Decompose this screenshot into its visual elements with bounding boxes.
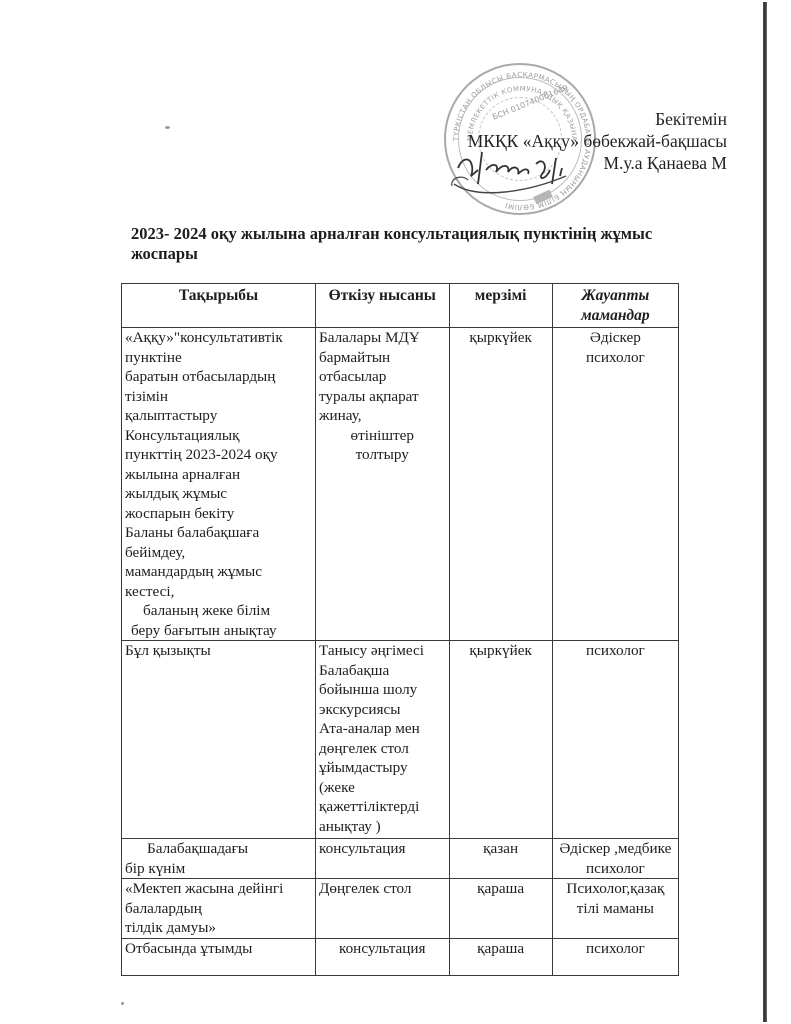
cell-term: қазан xyxy=(449,839,552,879)
cell-topic: Бұл қызықты xyxy=(122,641,316,839)
table-row: Бұл қызықты Танысу әңгімесі Балабақша бо… xyxy=(122,641,679,839)
form-line: толтыру xyxy=(319,445,446,465)
topic-line: тілдік дамуы» xyxy=(125,918,312,938)
table-row: «Мектеп жасына дейінгі балалардың тілдік… xyxy=(122,879,679,939)
responsible-line: Әдіскер xyxy=(556,328,675,348)
cell-form: Танысу әңгімесі Балабақша бойынша шолу э… xyxy=(316,641,450,839)
form-line: дөңгелек стол xyxy=(319,739,446,759)
form-line: консультация xyxy=(319,839,446,859)
cell-term: қараша xyxy=(449,879,552,939)
cell-term: қыркүйек xyxy=(449,328,552,641)
cell-term: қыркүйек xyxy=(449,641,552,839)
cell-responsible: психолог xyxy=(552,938,678,975)
approval-heading: Бекітемін xyxy=(468,108,727,130)
topic-line: пунктіне xyxy=(125,348,312,368)
form-line: Танысу әңгімесі xyxy=(319,641,446,661)
topic-line: «Мектеп жасына дейінгі xyxy=(125,879,312,899)
cell-topic: «Аққу»"консультативтік пунктіне баратын … xyxy=(122,328,316,641)
form-line: Дөңгелек стол xyxy=(319,879,446,899)
table-row: Балабақшадағы бір күнім консультация қаз… xyxy=(122,839,679,879)
cell-form: Дөңгелек стол xyxy=(316,879,450,939)
form-line: қажеттіліктерді xyxy=(319,797,446,817)
responsible-line: психолог xyxy=(556,348,675,368)
topic-line: мамандардың жұмыс xyxy=(125,562,312,582)
header-term: мерзімі xyxy=(449,284,552,328)
topic-line: кестесі, xyxy=(125,582,312,602)
form-line: (жеке xyxy=(319,778,446,798)
table-header-row: Тақырыбы Өткізу нысаны мерзімі Жауапты м… xyxy=(122,284,679,328)
cell-topic: Отбасында ұтымды xyxy=(122,938,316,975)
topic-line: жылына арналған xyxy=(125,465,312,485)
scan-speck xyxy=(121,1002,124,1005)
header-responsible: Жауапты мамандар xyxy=(552,284,678,328)
responsible-line: психолог xyxy=(556,641,675,661)
table-row: «Аққу»"консультативтік пунктіне баратын … xyxy=(122,328,679,641)
topic-line: Бұл қызықты xyxy=(125,641,312,661)
topic-line: бейімдеу, xyxy=(125,543,312,563)
topic-line: Балабақшадағы xyxy=(125,839,312,859)
cell-form: Балалары МДҰ бармайтын отбасылар туралы … xyxy=(316,328,450,641)
form-line: жинау, xyxy=(319,406,446,426)
responsible-line: психолог xyxy=(556,939,675,959)
cell-form: консультация xyxy=(316,839,450,879)
form-line: Балабақша xyxy=(319,661,446,681)
responsible-line: Психолог,қазақ xyxy=(556,879,675,899)
cell-topic: «Мектеп жасына дейінгі балалардың тілдік… xyxy=(122,879,316,939)
topic-line: бір күнім xyxy=(125,859,312,879)
form-line: өтініштер xyxy=(319,426,446,446)
form-line: бармайтын xyxy=(319,348,446,368)
topic-line: балалардың xyxy=(125,899,312,919)
header-form: Өткізу нысаны xyxy=(316,284,450,328)
document-title: 2023- 2024 оқу жылына арналған консульта… xyxy=(131,224,691,264)
form-line: ұйымдастыру xyxy=(319,758,446,778)
topic-line: жоспарын бекіту xyxy=(125,504,312,524)
header-topic: Тақырыбы xyxy=(122,284,316,328)
topic-line: баратын отбасылардың xyxy=(125,367,312,387)
cell-responsible: психолог xyxy=(552,641,678,839)
topic-line: тізімін xyxy=(125,387,312,407)
topic-line: баланың жеке білім xyxy=(125,601,312,621)
scan-speck xyxy=(165,126,170,129)
header-responsible-text: Жауапты мамандар xyxy=(556,286,675,325)
topic-line: беру бағытын анықтау xyxy=(125,621,312,641)
topic-line: Консультациялық xyxy=(125,426,312,446)
document-title-line-1: 2023- 2024 оқу жылына арналған консульта… xyxy=(131,224,691,244)
approval-block: Бекітемін МКҚК «Аққу» бөбекжай-бақшасы М… xyxy=(468,108,727,174)
topic-line: қалыптастыру xyxy=(125,406,312,426)
topic-line: Отбасында ұтымды xyxy=(125,939,312,959)
document-title-line-2: жоспары xyxy=(131,244,691,264)
work-plan-table: Тақырыбы Өткізу нысаны мерзімі Жауапты м… xyxy=(121,283,679,976)
approval-signatory: М.у.а Қанаева М xyxy=(468,152,727,174)
responsible-line: Әдіскер ,медбике xyxy=(556,839,675,859)
scan-edge-shadow xyxy=(763,2,767,1022)
form-line: анықтау ) xyxy=(319,817,446,837)
cell-term: қараша xyxy=(449,938,552,975)
cell-topic: Балабақшадағы бір күнім xyxy=(122,839,316,879)
cell-form: консультация xyxy=(316,938,450,975)
responsible-line: психолог xyxy=(556,859,675,879)
approval-organization: МКҚК «Аққу» бөбекжай-бақшасы xyxy=(468,130,727,152)
cell-responsible: Әдіскер психолог xyxy=(552,328,678,641)
form-line: отбасылар xyxy=(319,367,446,387)
cell-responsible: Әдіскер ,медбике психолог xyxy=(552,839,678,879)
form-line: бойынша шолу xyxy=(319,680,446,700)
form-line: туралы ақпарат xyxy=(319,387,446,407)
responsible-line: тілі маманы xyxy=(556,899,675,919)
form-line: экскурсиясы xyxy=(319,700,446,720)
topic-line: жылдық жұмыс xyxy=(125,484,312,504)
topic-line: Баланы балабақшаға xyxy=(125,523,312,543)
form-line: консультация xyxy=(319,939,446,959)
cell-responsible: Психолог,қазақ тілі маманы xyxy=(552,879,678,939)
form-line: Ата-аналар мен xyxy=(319,719,446,739)
topic-line: пункттің 2023-2024 оқу xyxy=(125,445,312,465)
table-row: Отбасында ұтымды консультация қараша пси… xyxy=(122,938,679,975)
topic-line: «Аққу»"консультативтік xyxy=(125,328,312,348)
form-line: Балалары МДҰ xyxy=(319,328,446,348)
